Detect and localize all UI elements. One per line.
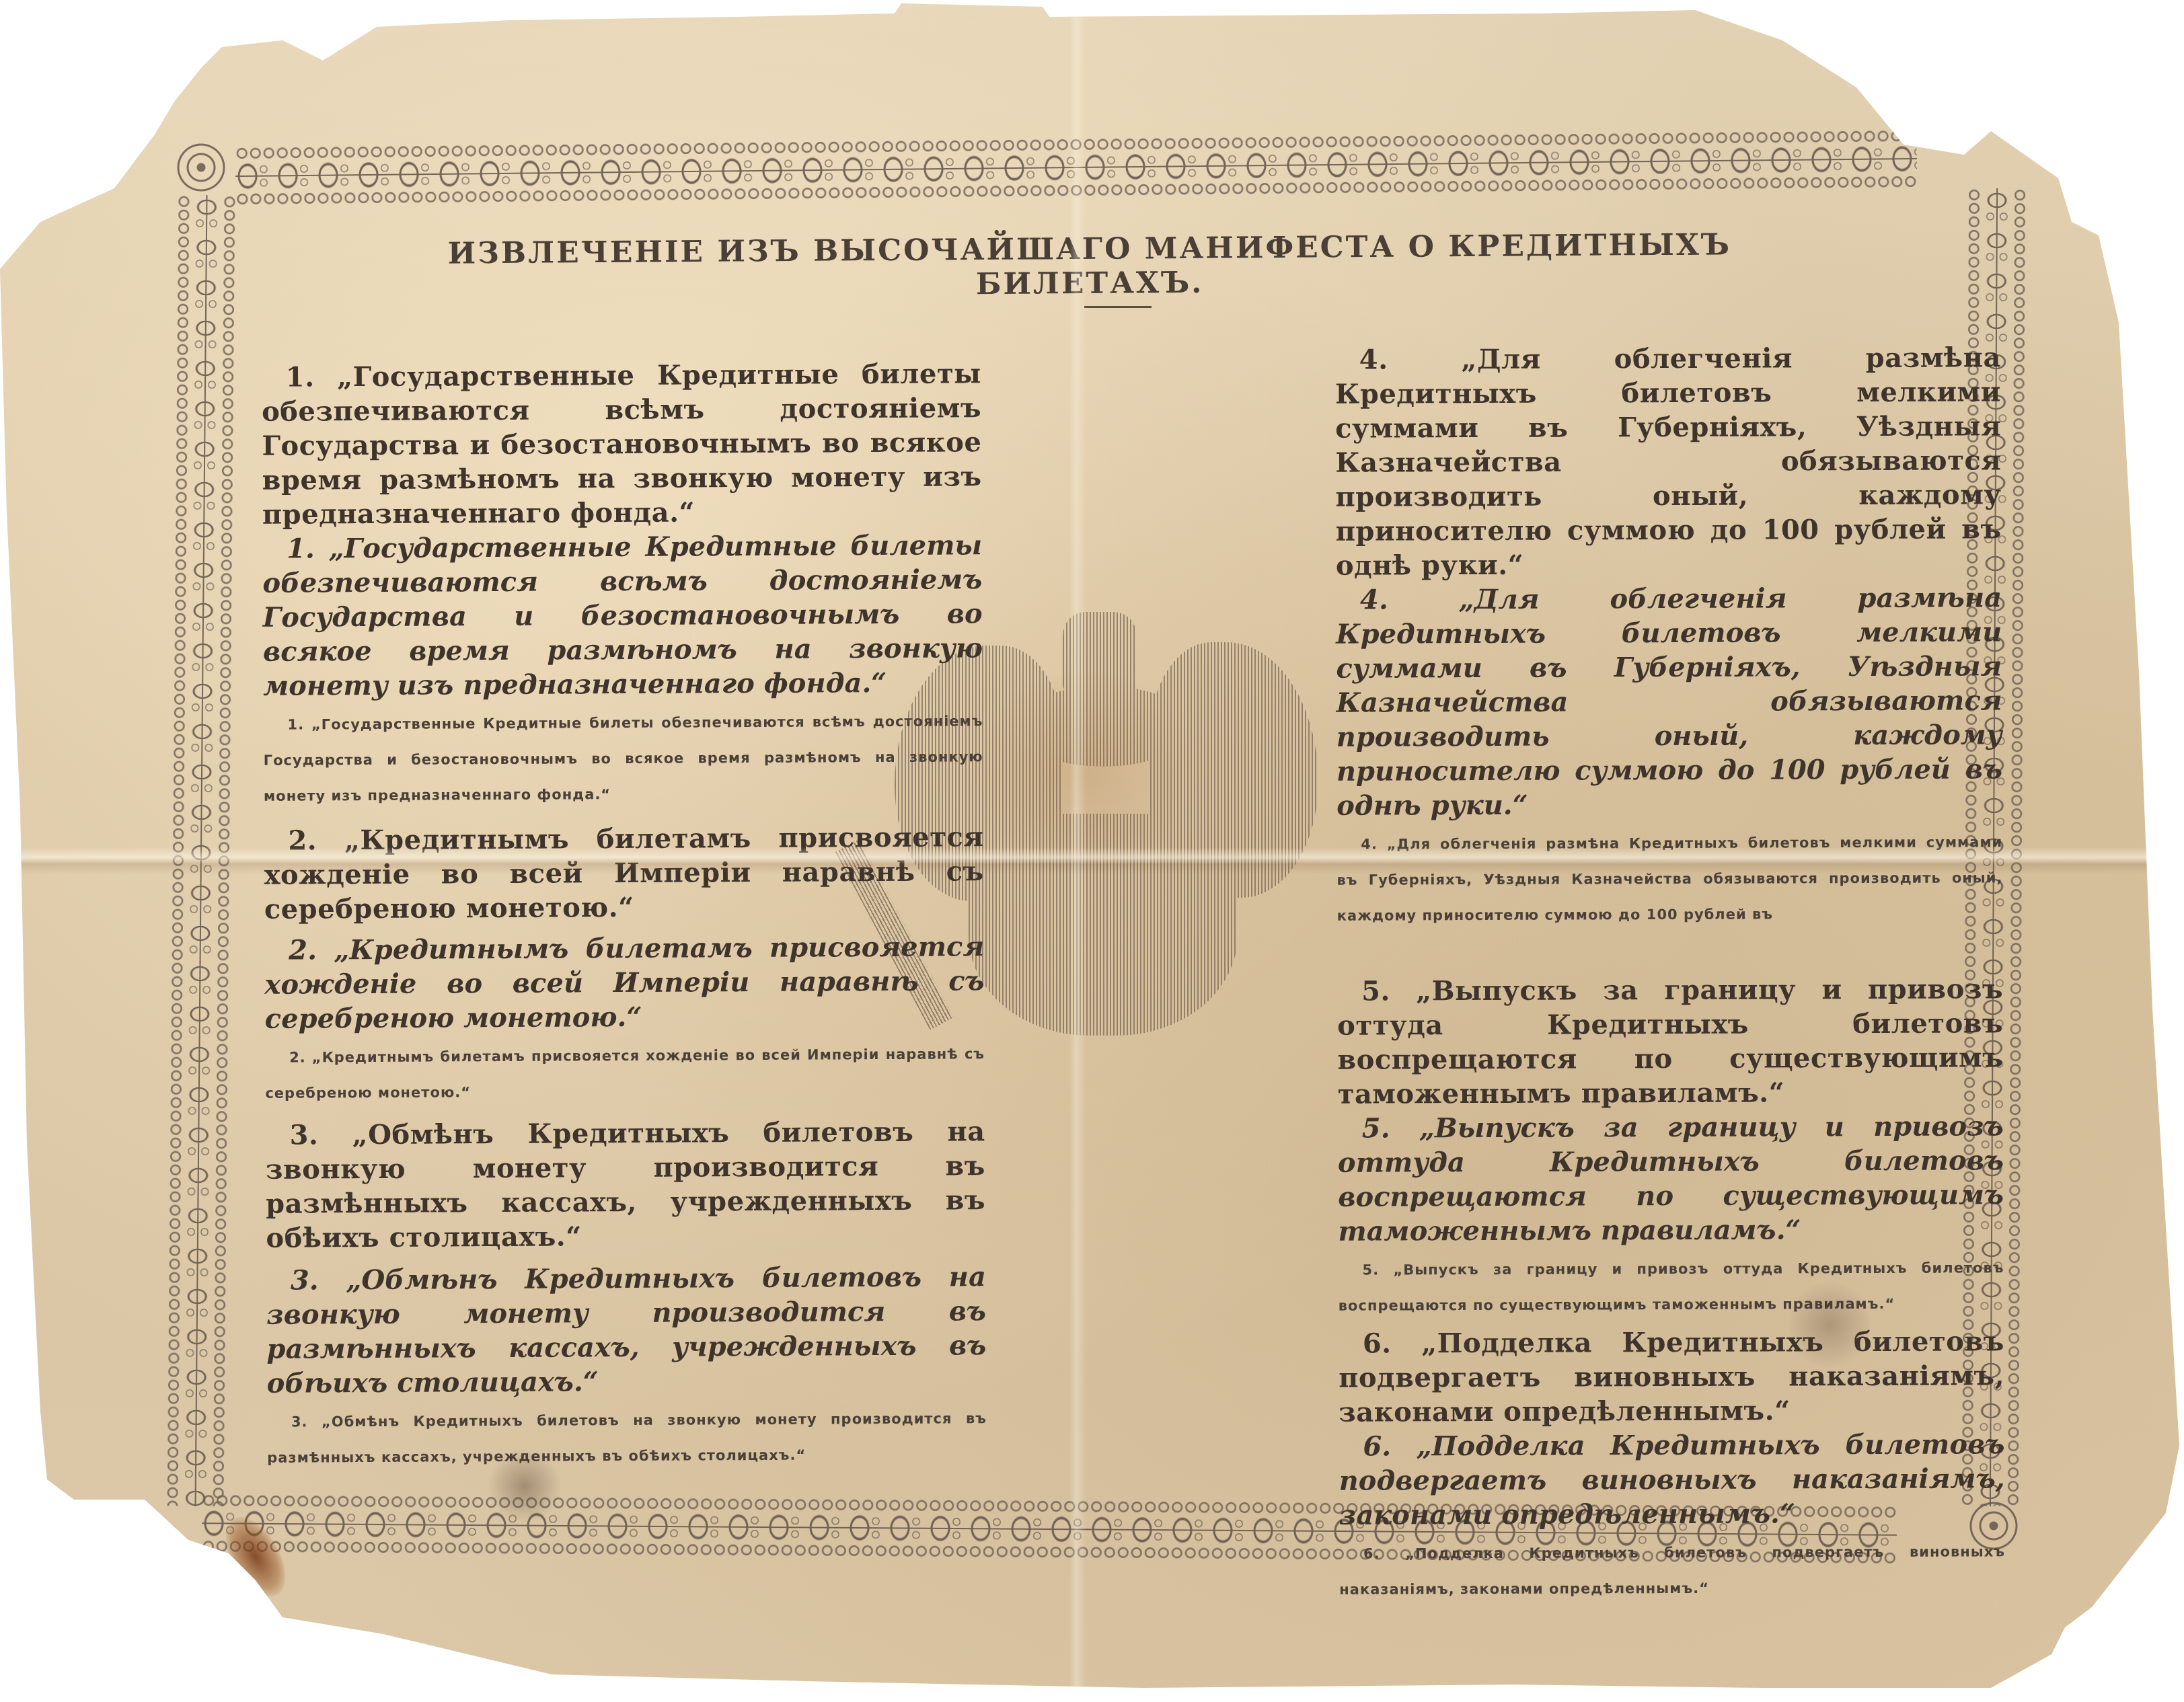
dirt-spot [962, 672, 1204, 874]
dirt-spot [1789, 1271, 1870, 1379]
leaf-ornament [235, 145, 1917, 190]
leaf-ornament [182, 195, 220, 1506]
corner-rosette-icon [172, 138, 231, 197]
article-6-upright: 6. „Подделка Кредитныхъ билетовъ подверг… [1339, 1324, 2005, 1429]
leaf-ornament [202, 1510, 1897, 1549]
dirt-spot [484, 1446, 565, 1526]
article-2-small: 2. „Кредитнымъ билетамъ присвояется хожд… [265, 1036, 985, 1112]
article-6-italic: 6. „Подделка Кредитныхъ билетовъ подверг… [1339, 1427, 2005, 1532]
article-3-italic: 3. „Обмѣнъ Кредитныхъ билетовъ на звонку… [266, 1260, 987, 1401]
article-2-upright: 2. „Кредитнымъ билетамъ присвояется хожд… [264, 820, 984, 927]
loop-ornament [202, 1494, 1897, 1519]
border-left [165, 195, 236, 1507]
loop-ornament [165, 195, 190, 1506]
border-top [235, 129, 1918, 206]
article-4-italic: 4. „Для облегченія размѣна Кредитныхъ би… [1336, 580, 2002, 822]
article-4-small: 4. „Для облегченія размѣна Кредитныхъ би… [1336, 824, 2003, 933]
left-column: 1. „Государственные Кредитные билеты обе… [262, 356, 987, 1476]
loop-ornament [202, 1539, 1897, 1565]
eagle-body [969, 814, 1238, 1036]
rust-stain [213, 1507, 298, 1607]
eagle-left-wing [895, 646, 1063, 901]
title-divider [1084, 306, 1152, 308]
eagle-crown [1063, 612, 1137, 693]
loop-ornament [211, 195, 236, 1506]
document-title: ИЗВЛЕЧЕНІЕ ИЗЪ ВЫСОЧАЙШАГО МАНИФЕСТА О К… [397, 227, 1783, 305]
article-5-small: 5. „Выпускъ за границу и привозъ оттуда … [1338, 1250, 2004, 1323]
banknote-paper: ИЗВЛЕЧЕНІЕ ИЗЪ ВЫСОЧАЙШАГО МАНИФЕСТА О К… [0, 0, 2184, 1702]
article-1-italic: 1. „Государственные Кредитные билеты обе… [262, 528, 983, 703]
double-headed-eagle-emblem [868, 612, 1352, 1042]
loop-ornament [2006, 188, 2027, 1506]
loop-ornament [235, 175, 1917, 206]
article-1-small: 1. „Государственные Кредитные билеты обе… [263, 703, 983, 814]
article-3-upright: 3. „Обмѣнъ Кредитныхъ билетовъ на звонку… [266, 1114, 986, 1255]
corner-rosette-icon [1964, 1496, 2023, 1555]
article-3-small: 3. „Обмѣнъ Кредитныхъ билетовъ на звонку… [267, 1401, 987, 1476]
eagle-heads [1016, 686, 1191, 767]
article-2-italic: 2. „Кредитнымъ билетамъ присвояется хожд… [264, 929, 985, 1036]
border-right [1961, 188, 2027, 1506]
article-1-upright: 1. „Государственные Кредитные билеты обе… [262, 356, 982, 532]
article-4-upright: 4. „Для облегченія размѣна Кредитныхъ би… [1335, 340, 2002, 582]
article-5-upright: 5. „Выпускъ за границу и привозъ оттуда … [1337, 972, 2004, 1111]
loop-ornament [1961, 188, 1981, 1506]
right-column: 4. „Для облегченія размѣна Кредитныхъ би… [1335, 340, 2006, 1607]
border-bottom [202, 1494, 1897, 1565]
leaf-ornament [1977, 188, 2010, 1506]
article-5-italic: 5. „Выпускъ за границу и привозъ оттуда … [1338, 1109, 2004, 1248]
article-6-small: 6. „Подделка Кредитныхъ билетовъ подверг… [1339, 1534, 2005, 1607]
eagle-scepter [835, 839, 954, 1030]
loop-ornament [235, 129, 1917, 160]
eagle-right-wing [1150, 642, 1318, 898]
